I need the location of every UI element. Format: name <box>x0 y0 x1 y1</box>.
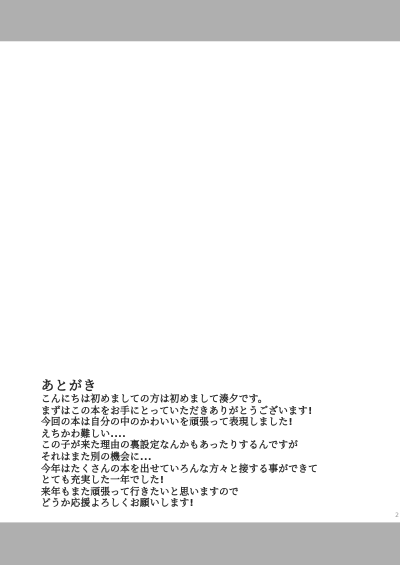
afterword-line: 今回の本は自分の中のかわいいを頑張って表現しました! <box>41 417 391 429</box>
afterword-line: どうか応援よろしくお願いします! <box>41 498 391 510</box>
document-page: あとがき こんにちは初めましての方は初めまして湊夕です。 まずはこの本をお手にと… <box>0 41 400 522</box>
document-viewer: あとがき こんにちは初めましての方は初めまして湊夕です。 まずはこの本をお手にと… <box>0 0 400 565</box>
afterword-line: とても充実した一年でした! <box>41 475 391 487</box>
afterword-line: まずはこの本をお手にとっていただきありがとうございます! <box>41 406 391 418</box>
afterword-title: あとがき <box>41 380 391 394</box>
viewer-top-margin <box>0 0 400 41</box>
viewer-bottom-margin <box>0 522 400 565</box>
afterword-line: 来年もまた頑張って行きたいと思いますので <box>41 487 391 499</box>
afterword-section: あとがき こんにちは初めましての方は初めまして湊夕です。 まずはこの本をお手にと… <box>41 380 391 510</box>
afterword-line: 今年はたくさんの本を出せていろんな方々と接する事ができて <box>41 464 391 476</box>
afterword-line: えちかわ難しい.... <box>41 429 391 441</box>
afterword-line: こんにちは初めましての方は初めまして湊夕です。 <box>41 394 391 406</box>
afterword-line: この子が来た理由の裏設定なんかもあったりするんですが <box>41 440 391 452</box>
page-number: 2 <box>395 512 399 519</box>
afterword-line: それはまた別の機会に... <box>41 452 391 464</box>
